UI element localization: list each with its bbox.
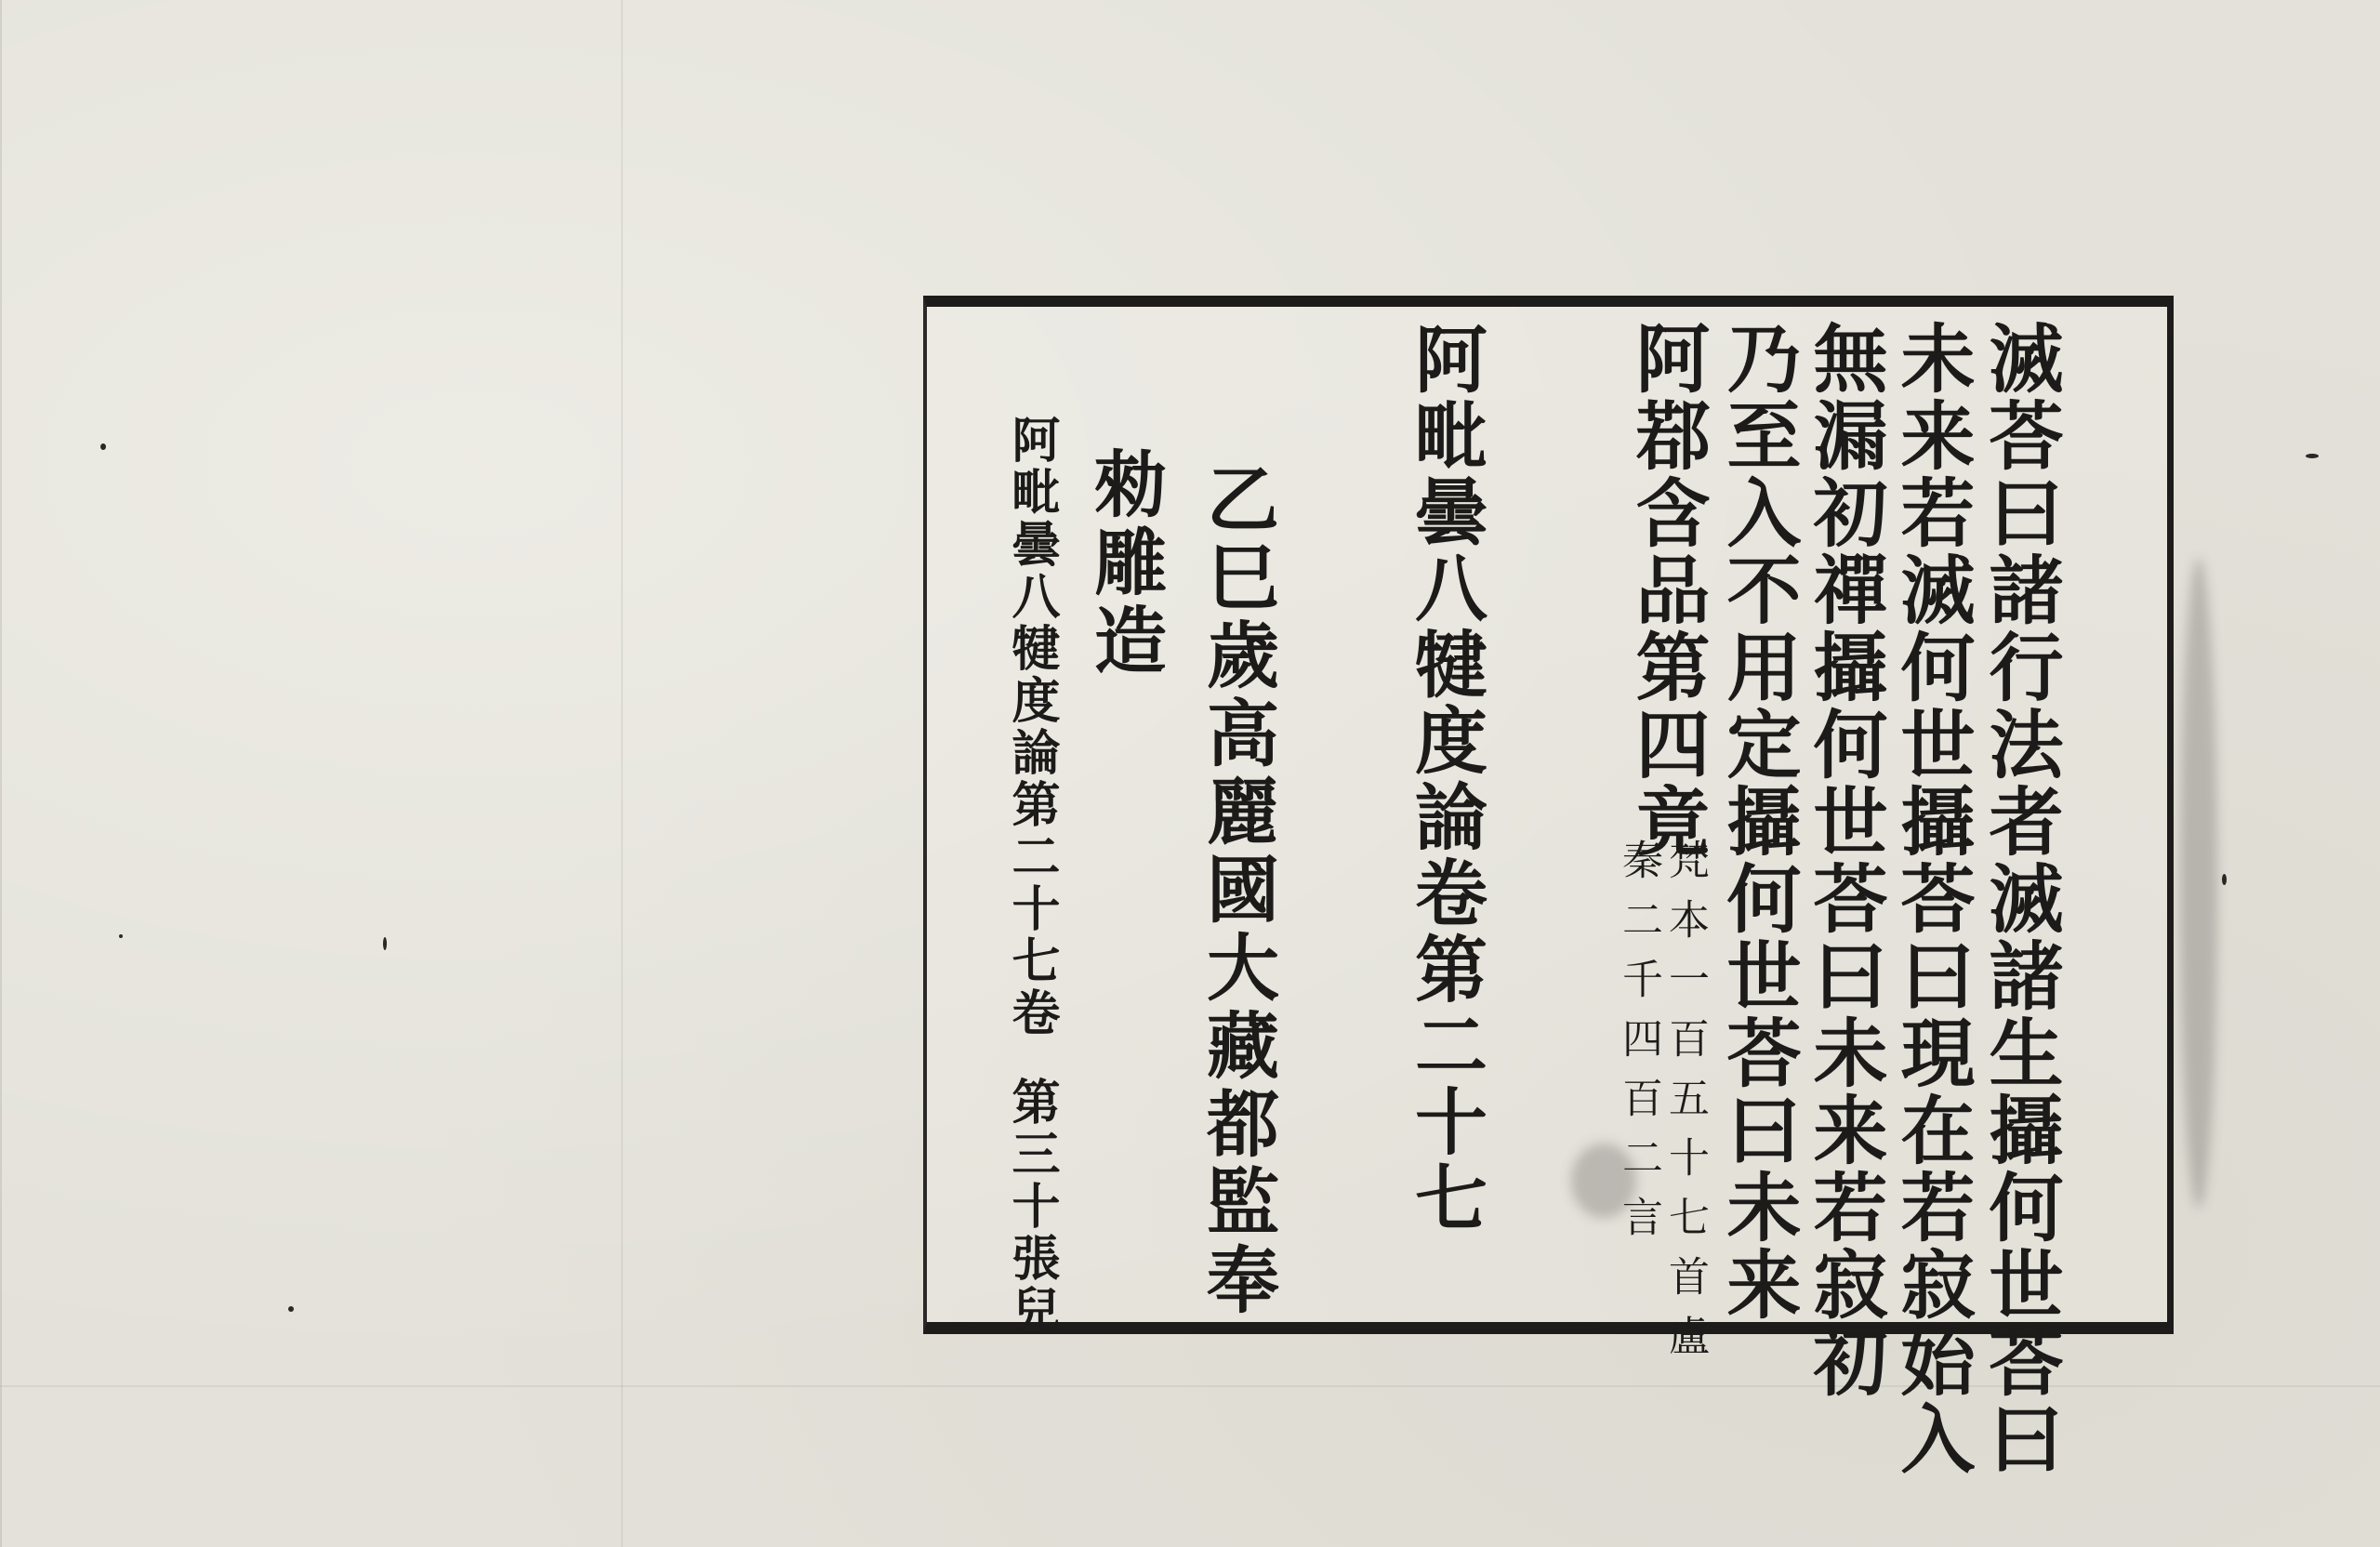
closing-title-line: 阿毗曇八犍度論卷第二十七 xyxy=(1408,322,1481,1236)
paper-speck xyxy=(119,934,123,938)
main-text-column-5: 阿鄀含品第四竟 xyxy=(1630,320,1704,860)
main-text-column-2: 未来若滅何世攝荅曰現在若寂始入 xyxy=(1895,320,1969,1477)
main-text-column-3: 無漏初禪攝何世荅曰未来若寂初 xyxy=(1807,320,1882,1400)
paper-speck xyxy=(288,1306,294,1312)
paper-speck xyxy=(383,937,387,950)
page-paper: 滅荅曰諸行法者滅諸生攝何世荅曰 未来若滅何世攝荅曰現在若寂始入 無漏初禪攝何世荅… xyxy=(0,0,2380,1547)
paper-speck xyxy=(2306,454,2319,458)
margin-carver-mark: 兒 xyxy=(1003,1285,1060,1337)
ink-bleed xyxy=(2180,558,2217,1209)
main-text-column-4: 乃至入不用定攝何世荅曰未来 xyxy=(1721,320,1795,1323)
margin-label: 阿毗曇八犍度論第二十七卷第三十張兒 xyxy=(1007,415,1055,1337)
paper-edge xyxy=(0,0,2,1547)
paper-speck xyxy=(2222,874,2227,885)
colophon-line-1: 乙巳歲高麗國大藏都監奉 xyxy=(1200,461,1273,1320)
colophon-line-2: 勑雕造 xyxy=(1088,446,1160,681)
margin-title: 阿毗曇八犍度論第二十七卷 xyxy=(1003,415,1060,1039)
annotation-left-line: 秦二千四百二言 xyxy=(1618,839,1659,1255)
margin-page-number: 第三十張 xyxy=(1003,1077,1060,1285)
main-text-column-1: 滅荅曰諸行法者滅諸生攝何世荅曰 xyxy=(1983,320,2057,1477)
annotation-right-line: 梵本一百五十七首盧 xyxy=(1664,839,1705,1374)
paper-crease xyxy=(621,0,623,1547)
paper-speck xyxy=(100,443,106,450)
